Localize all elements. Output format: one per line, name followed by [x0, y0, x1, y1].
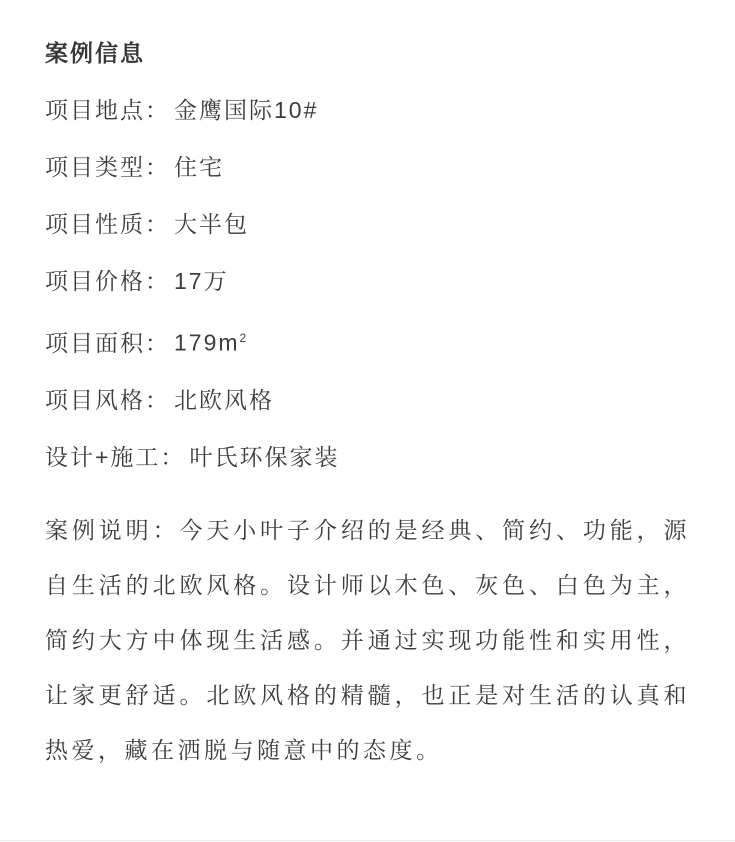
case-description-text: 今天小叶子介绍的是经典、简约、功能，源自生活的北欧风格。设计师以木色、灰色、白色…	[45, 517, 690, 763]
info-value-type: 住宅	[174, 154, 224, 180]
info-label-area: 项目面积：	[45, 330, 170, 356]
info-row-nature: 项目性质：大半包	[45, 211, 690, 237]
info-value-nature: 大半包	[174, 211, 249, 237]
info-label-nature: 项目性质：	[45, 211, 170, 237]
bottom-divider	[0, 840, 735, 841]
case-info-page: 案例信息 项目地点：金鹰国际10# 项目类型：住宅 项目性质：大半包 项目价格：…	[0, 0, 735, 842]
info-value-style: 北欧风格	[174, 387, 274, 413]
info-value-area-superscript: 2	[240, 331, 247, 345]
info-label-price: 项目价格：	[45, 268, 170, 294]
info-value-design-construction: 叶氏环保家装	[189, 444, 339, 470]
info-value-location: 金鹰国际10#	[174, 97, 318, 123]
info-label-design-construction: 设计+施工：	[45, 444, 185, 470]
case-description: 案例说明：今天小叶子介绍的是经典、简约、功能，源自生活的北欧风格。设计师以木色、…	[45, 503, 690, 778]
info-value-price: 17万	[174, 268, 229, 294]
info-row-design-construction: 设计+施工：叶氏环保家装	[45, 444, 690, 470]
page-title: 案例信息	[45, 40, 690, 66]
info-row-area: 项目面积：179m2	[45, 325, 690, 356]
info-row-price: 项目价格：17万	[45, 268, 690, 294]
case-description-label: 案例说明：	[45, 517, 179, 543]
info-row-location: 项目地点：金鹰国际10#	[45, 97, 690, 123]
info-row-style: 项目风格：北欧风格	[45, 387, 690, 413]
info-label-type: 项目类型：	[45, 154, 170, 180]
info-label-location: 项目地点：	[45, 97, 170, 123]
info-value-area: 179m	[174, 330, 240, 356]
info-row-type: 项目类型：住宅	[45, 154, 690, 180]
info-label-style: 项目风格：	[45, 387, 170, 413]
